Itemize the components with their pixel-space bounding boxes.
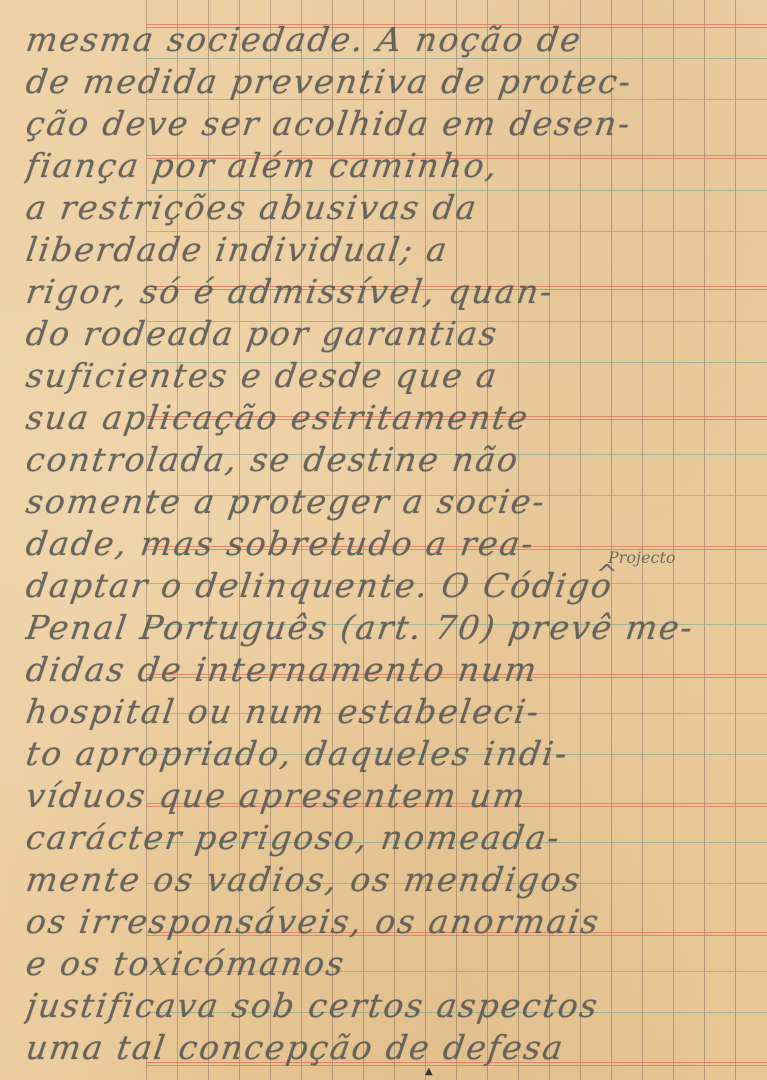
text-line: liberdade individual; a bbox=[23, 230, 764, 274]
text-line: e os toxicómanos bbox=[23, 944, 764, 988]
text-line: víduos que apresentem um bbox=[23, 776, 764, 820]
text-line: Penal Português (art. 70) prevê me- bbox=[23, 608, 764, 652]
text-line: mente os vadios, os mendigos bbox=[23, 860, 764, 904]
text-line: sua aplicação estritamente bbox=[23, 398, 764, 442]
text-line: a restrições abusivas da bbox=[23, 188, 764, 232]
text-line: mesma sociedade. A noção de bbox=[23, 20, 764, 64]
text-line: de medida preventiva de protec- bbox=[23, 62, 764, 106]
text-line: daptar o delinquente. O Código bbox=[23, 566, 764, 610]
text-line: rigor, só é admissível, quan- bbox=[23, 272, 764, 316]
text-line: didas de internamento num bbox=[23, 650, 764, 694]
handwritten-text: mesma sociedade. A noção de de medida pr… bbox=[0, 0, 767, 1080]
text-line: ção deve ser acolhida em desen- bbox=[23, 104, 764, 148]
insertion-annotation: Projecto bbox=[608, 548, 676, 567]
text-line: controlada, se destine não bbox=[23, 440, 764, 484]
text-line: os irresponsáveis, os anormais bbox=[23, 902, 764, 946]
text-line: hospital ou num estabeleci- bbox=[23, 692, 764, 736]
text-line: justificava sob certos aspectos bbox=[23, 986, 764, 1030]
insertion-caret-icon: ^ bbox=[596, 560, 618, 590]
text-line: suficientes e desde que a bbox=[23, 356, 764, 400]
text-line: somente a proteger a socie- bbox=[23, 482, 764, 526]
text-line: to apropriado, daqueles indi- bbox=[23, 734, 764, 778]
text-line: do rodeada por garantias bbox=[23, 314, 764, 358]
text-line: carácter perigoso, nomeada- bbox=[23, 818, 764, 862]
manuscript-page: mesma sociedade. A noção de de medida pr… bbox=[0, 0, 767, 1080]
bottom-mark-icon: ▲ bbox=[425, 1066, 433, 1077]
text-line: fiança por além caminho, bbox=[23, 146, 764, 190]
text-line: uma tal concepção de defesa bbox=[23, 1028, 764, 1072]
